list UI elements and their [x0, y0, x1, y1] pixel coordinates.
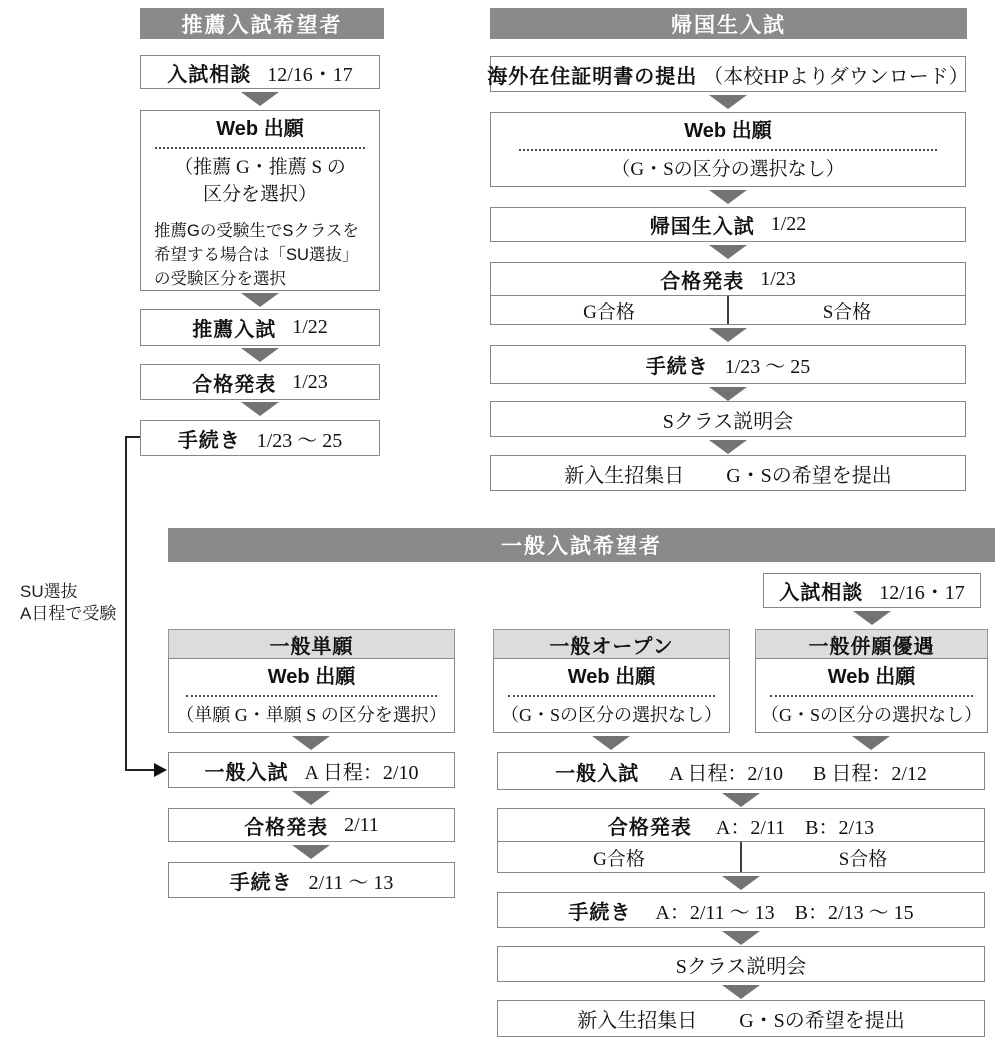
- connector-line-bottom: [125, 769, 156, 771]
- kikoku-pass-s-cell: S合格: [727, 296, 965, 324]
- kikoku-procedure-label: 手続き: [646, 350, 709, 379]
- open-web-box: Web 出願 （G・Sの区分の選択なし）: [493, 658, 730, 733]
- down-arrow: [709, 440, 747, 454]
- right-arrow: [154, 763, 167, 777]
- down-arrow: [241, 402, 279, 416]
- merged-exam-box: 一般入試 A 日程：2/10 B 日程：2/12: [497, 752, 985, 790]
- dotted-divider: [519, 149, 936, 151]
- down-arrow: [709, 190, 747, 204]
- heigan-header: 一般併願優遇: [755, 629, 988, 659]
- tangan-procedure-date: 2/11 ～ 13: [309, 866, 394, 895]
- kikoku-procedure-date: 1/23 ～ 25: [725, 350, 811, 379]
- suisen-web-detail-line2: 希望する場合は「SU選抜」: [154, 243, 366, 267]
- admission-flowchart: 推薦入試希望者 入試相談 12/16・17 Web 出願 （推薦 G・推薦 S …: [0, 0, 1000, 1041]
- connector-label-line2: A日程で受験: [20, 603, 116, 625]
- kikoku-exam-date: 1/22: [771, 213, 807, 236]
- down-arrow: [592, 736, 630, 750]
- kikoku-exam-box: 帰国生入試 1/22: [490, 207, 966, 242]
- suisen-procedure-box: 手続き 1/23 ～ 25: [140, 420, 380, 456]
- down-arrow: [241, 92, 279, 106]
- connector-line-top: [125, 436, 140, 438]
- down-arrow: [722, 985, 760, 999]
- down-arrow: [709, 245, 747, 259]
- tangan-exam-box: 一般入試 A 日程：2/10: [168, 752, 455, 788]
- ippan-soudan-label: 入試相談: [779, 576, 863, 605]
- suisen-procedure-date: 1/23 ～ 25: [257, 424, 343, 453]
- kikoku-pass-split-row: G合格 S合格: [490, 295, 966, 325]
- down-arrow: [722, 793, 760, 807]
- heigan-web-note: （G・Sの区分の選択なし）: [761, 702, 982, 729]
- down-arrow: [292, 845, 330, 859]
- merged-sclass-label: Sクラス説明会: [676, 950, 807, 979]
- tangan-announce-date: 2/11: [344, 814, 379, 837]
- merged-gather-label: 新入生招集日: [577, 1004, 697, 1033]
- kikoku-web-title: Web 出願: [684, 116, 771, 146]
- merged-announce-box: 合格発表 A：2/11 B：2/13: [497, 808, 985, 842]
- merged-pass-split-row: G合格 S合格: [497, 841, 985, 873]
- down-arrow: [853, 611, 891, 625]
- merged-announce-date: A：2/11 B：2/13: [716, 811, 874, 840]
- kikoku-gather-note: G・Sの希望を提出: [726, 459, 892, 488]
- merged-procedure-date: A：2/11 ～ 13 B：2/13 ～ 15: [655, 896, 913, 925]
- merged-procedure-label: 手続き: [568, 896, 631, 925]
- suisen-header: 推薦入試希望者: [140, 8, 384, 39]
- open-header: 一般オープン: [493, 629, 730, 659]
- kikoku-certificate-label: 海外在住証明書の提出: [487, 60, 697, 89]
- merged-pass-s-cell: S合格: [740, 842, 984, 872]
- tangan-header: 一般単願: [168, 629, 455, 659]
- tangan-announce-label: 合格発表: [244, 811, 328, 840]
- kikoku-certificate-box: 海外在住証明書の提出 （本校HPよりダウンロード）: [490, 56, 966, 92]
- down-arrow: [852, 736, 890, 750]
- merged-gather-box: 新入生招集日 G・Sの希望を提出: [497, 1000, 985, 1037]
- merged-pass-g-cell: G合格: [498, 842, 740, 872]
- kikoku-gather-label: 新入生招集日: [564, 459, 684, 488]
- down-arrow: [292, 736, 330, 750]
- suisen-web-detail-line3: の受験区分を選択: [154, 267, 366, 291]
- down-arrow: [709, 95, 747, 109]
- connector-label: SU選抜 A日程で受験: [20, 581, 116, 625]
- kikoku-sclass-box: Sクラス説明会: [490, 401, 966, 437]
- tangan-web-title: Web 出願: [268, 662, 355, 692]
- down-arrow: [722, 876, 760, 890]
- tangan-announce-box: 合格発表 2/11: [168, 808, 455, 842]
- kikoku-announce-label: 合格発表: [660, 265, 744, 294]
- kikoku-announce-box: 合格発表 1/23: [490, 262, 966, 296]
- tangan-web-box: Web 出願 （単願 G・単願 S の区分を選択）: [168, 658, 455, 733]
- merged-sclass-box: Sクラス説明会: [497, 946, 985, 982]
- kikoku-exam-label: 帰国生入試: [650, 210, 755, 239]
- suisen-exam-label: 推薦入試: [192, 313, 276, 342]
- suisen-exam-box: 推薦入試 1/22: [140, 309, 380, 346]
- kikoku-web-note: （G・Sの区分の選択なし）: [611, 156, 844, 183]
- suisen-web-box: Web 出願 （推薦 G・推薦 S の 区分を選択） 推薦Gの受験生でSクラスを…: [140, 110, 380, 291]
- dotted-divider: [770, 695, 973, 697]
- tangan-procedure-box: 手続き 2/11 ～ 13: [168, 862, 455, 898]
- suisen-exam-date: 1/22: [292, 316, 328, 339]
- tangan-exam-date: A 日程：2/10: [305, 756, 419, 785]
- down-arrow: [722, 931, 760, 945]
- down-arrow: [709, 387, 747, 401]
- suisen-web-note-line2: 区分を選択）: [203, 181, 317, 208]
- merged-gather-note: G・Sの希望を提出: [739, 1004, 905, 1033]
- tangan-web-note: （単願 G・単願 S の区分を選択）: [176, 702, 447, 729]
- merged-exam-label: 一般入試: [555, 757, 639, 786]
- open-web-title: Web 出願: [568, 662, 655, 692]
- kikoku-web-box: Web 出願 （G・Sの区分の選択なし）: [490, 112, 966, 187]
- connector-line-vertical: [125, 436, 127, 770]
- suisen-web-note-line1: （推薦 G・推薦 S の: [174, 154, 346, 181]
- tangan-procedure-label: 手続き: [230, 866, 293, 895]
- connector-label-line1: SU選抜: [20, 581, 116, 603]
- tangan-exam-label: 一般入試: [205, 756, 289, 785]
- down-arrow: [241, 293, 279, 307]
- suisen-web-detail-line1: 推薦Gの受験生でSクラスを: [154, 219, 366, 243]
- kikoku-gather-box: 新入生招集日 G・Sの希望を提出: [490, 455, 966, 491]
- suisen-web-title: Web 出願: [216, 114, 303, 144]
- suisen-announce-label: 合格発表: [192, 368, 276, 397]
- dotted-divider: [155, 147, 364, 149]
- dotted-divider: [186, 695, 437, 697]
- suisen-procedure-label: 手続き: [178, 424, 241, 453]
- merged-procedure-box: 手続き A：2/11 ～ 13 B：2/13 ～ 15: [497, 892, 985, 928]
- ippan-soudan-date: 12/16・17: [879, 576, 965, 605]
- suisen-soudan-date: 12/16・17: [267, 58, 353, 87]
- kikoku-header: 帰国生入試: [490, 8, 967, 39]
- ippan-soudan-box: 入試相談 12/16・17: [763, 573, 981, 608]
- kikoku-announce-date: 1/23: [760, 268, 796, 291]
- heigan-web-title: Web 出願: [828, 662, 915, 692]
- suisen-announce-date: 1/23: [292, 371, 328, 394]
- down-arrow: [709, 328, 747, 342]
- suisen-soudan-label: 入試相談: [167, 58, 251, 87]
- merged-exam-date-b: B 日程：2/12: [813, 757, 927, 786]
- heigan-web-box: Web 出願 （G・Sの区分の選択なし）: [755, 658, 988, 733]
- kikoku-procedure-box: 手続き 1/23 ～ 25: [490, 345, 966, 384]
- suisen-soudan-box: 入試相談 12/16・17: [140, 55, 380, 89]
- suisen-web-detail: 推薦Gの受験生でSクラスを 希望する場合は「SU選抜」 の受験区分を選択: [141, 219, 379, 291]
- ippan-header: 一般入試希望者: [168, 528, 995, 562]
- kikoku-certificate-note: （本校HPよりダウンロード）: [703, 60, 969, 89]
- kikoku-sclass-label: Sクラス説明会: [663, 405, 794, 434]
- down-arrow: [241, 348, 279, 362]
- suisen-announce-box: 合格発表 1/23: [140, 364, 380, 400]
- merged-announce-label: 合格発表: [608, 811, 692, 840]
- kikoku-pass-g-cell: G合格: [491, 296, 727, 324]
- merged-exam-date-a: A 日程：2/10: [669, 757, 783, 786]
- down-arrow: [292, 791, 330, 805]
- dotted-divider: [508, 695, 715, 697]
- open-web-note: （G・Sの区分の選択なし）: [501, 702, 722, 729]
